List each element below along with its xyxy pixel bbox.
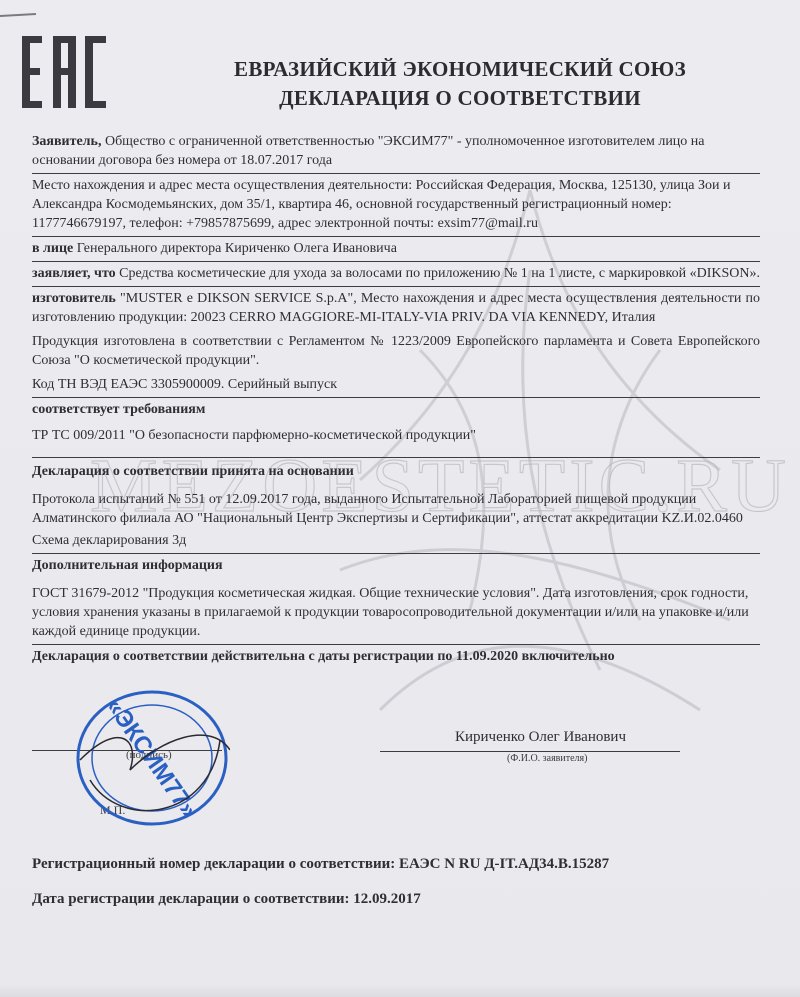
protocol-text: Протокола испытаний № 551 от 12.09.2017 … [32, 492, 743, 526]
declaration-title: ДЕКЛАРАЦИЯ О СООТВЕТСТВИИ [160, 84, 760, 113]
gost-text: ГОСТ 31679-2012 "Продукция косметическая… [32, 586, 749, 639]
union-title: ЕВРАЗИЙСКИЙ ЭКОНОМИЧЕСКИЙ СОЮЗ [160, 55, 760, 84]
complies-label: соответствует требованиям [32, 402, 205, 417]
document-header: ЕВРАЗИЙСКИЙ ЭКОНОМИЧЕСКИЙ СОЮЗ ДЕКЛАРАЦИ… [160, 55, 760, 113]
declares-text: Средства косметические для ухода за воло… [116, 266, 760, 281]
corner-mark [0, 13, 36, 17]
eac-logo-icon [22, 36, 106, 108]
declaration-body: Заявитель, Общество с ограниченной ответ… [32, 130, 760, 669]
code-section: Код ТН ВЭД ЕАЭС 3305900009. Серийный вып… [32, 373, 760, 398]
represented-label: в лице [32, 241, 73, 256]
tech-reg-text: ТР ТС 009/2011 "О безопасности парфюмерн… [32, 428, 476, 443]
tech-reg-section: ТР ТС 009/2011 "О безопасности парфюмерн… [32, 422, 760, 458]
page-bottom-edge [0, 985, 800, 997]
represented-text: Генерального директора Кириченко Олега И… [73, 241, 397, 256]
manufacturer-section: изготовитель "MUSTER e DIKSON SERVICE S.… [32, 287, 760, 330]
registration-number: Регистрационный номер декларации о соотв… [32, 856, 609, 873]
scheme-text: Схема декларирования 3д [32, 533, 186, 548]
scheme-section: Схема декларирования 3д [32, 531, 760, 554]
regulation-text: Продукция изготовлена в соответствии с Р… [32, 334, 760, 368]
validity-section: Декларация о соответствии действительна … [32, 645, 760, 669]
protocol-section: Протокола испытаний № 551 от 12.09.2017 … [32, 484, 760, 531]
company-stamp-icon: «ЭКСИМ77» [60, 680, 230, 830]
name-caption: (Ф.И.О. заявителя) [507, 753, 587, 764]
address-text: Место нахождения и адрес места осуществл… [32, 178, 731, 231]
additional-label: Дополнительная информация [32, 558, 223, 573]
declares-section: заявляет, что Средства косметические для… [32, 262, 760, 287]
declaration-page: ЕВРАЗИЙСКИЙ ЭКОНОМИЧЕСКИЙ СОЮЗ ДЕКЛАРАЦИ… [0, 0, 800, 997]
regulation-section: Продукция изготовлена в соответствии с Р… [32, 330, 760, 373]
gost-section: ГОСТ 31679-2012 "Продукция косметическая… [32, 578, 760, 645]
declares-label: заявляет, что [32, 266, 116, 281]
code-text: Код ТН ВЭД ЕАЭС 3305900009. Серийный вып… [32, 377, 337, 392]
basis-section: Декларация о соответствии принята на осн… [32, 458, 760, 484]
complies-section: соответствует требованиям [32, 398, 760, 422]
additional-section: Дополнительная информация [32, 554, 760, 578]
applicant-section: Заявитель, Общество с ограниченной ответ… [32, 130, 760, 174]
applicant-name: Кириченко Олег Иванович [455, 729, 626, 746]
represented-section: в лице Генерального директора Кириченко … [32, 237, 760, 262]
manufacturer-text: "MUSTER e DIKSON SERVICE S.p.A", Место н… [32, 291, 760, 325]
basis-label: Декларация о соответствии принята на осн… [32, 464, 354, 479]
applicant-label: Заявитель, [32, 134, 101, 149]
manufacturer-label: изготовитель [32, 291, 116, 306]
validity-text: Декларация о соответствии действительна … [32, 649, 615, 664]
registration-date: Дата регистрации декларации о соответств… [32, 891, 421, 908]
address-section: Место нахождения и адрес места осуществл… [32, 174, 760, 237]
applicant-text: Общество с ограниченной ответственностью… [32, 134, 705, 168]
